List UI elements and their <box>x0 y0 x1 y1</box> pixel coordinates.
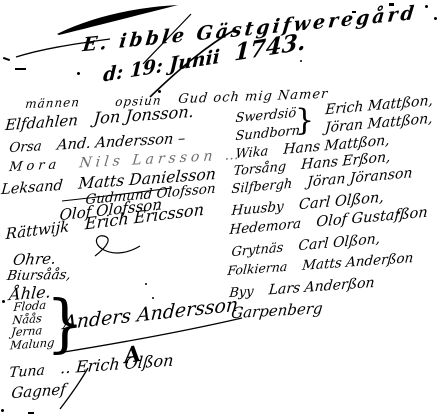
ink-speck <box>425 5 428 8</box>
column-header-left: männen <box>25 95 81 111</box>
ink-speck <box>398 212 400 214</box>
ink-speck <box>1 409 4 412</box>
delegate-name: Matts Anderßon <box>302 250 414 274</box>
rattwijk-loop <box>95 236 140 256</box>
place-name: Mora <box>8 157 61 175</box>
place-name: Folkierna <box>227 259 288 278</box>
ink-speck <box>389 3 394 6</box>
place-name: Ohre. <box>12 249 57 269</box>
place-name: Orsa <box>8 138 42 156</box>
place-name: Elfdahlen <box>4 111 78 134</box>
place-name: Wika <box>235 144 269 162</box>
ink-speck <box>352 11 356 13</box>
place-name: Byy <box>229 284 255 301</box>
delegate-name: Anders Andersson <box>62 294 238 335</box>
ink-speck <box>152 297 154 299</box>
delegate-name: Carl Olßon, <box>298 231 381 254</box>
place-name: Rättwijk <box>5 217 69 243</box>
ink-speck <box>3 57 10 61</box>
ink-speck <box>15 68 26 70</box>
place-name: Huusby <box>231 198 284 219</box>
entry-garpenberg: Garpenberg <box>230 301 334 321</box>
entry-tuna: Tuna ‥ Erich Olßon <box>9 353 175 381</box>
place-name: Hedemora <box>229 216 302 238</box>
ink-speck <box>2 300 5 303</box>
place-name: Swerdsiö <box>235 106 297 126</box>
ink-speck <box>28 412 34 414</box>
place-name: Grytnäs <box>231 240 284 260</box>
delegate-name: Jon Jonsson. <box>93 102 195 128</box>
place-name: Garpenberg <box>230 299 323 322</box>
delegate-name: Lars Anderßon <box>268 275 375 299</box>
manuscript-page: E. ibble Gästgifweregård d: 19: Junii 17… <box>0 0 446 417</box>
entry-ohre: Ohre. <box>12 251 68 268</box>
entry-biursaas: Biursåås, <box>6 269 83 284</box>
entry-gagnef: Gagnef <box>11 381 78 401</box>
place-name: Tuna <box>8 363 45 382</box>
place-name: Biursåås, <box>6 267 72 284</box>
place-name: Silfbergh <box>231 177 293 197</box>
ink-speck <box>145 283 147 285</box>
place-name: Leksand <box>0 178 63 198</box>
ink-speck <box>434 17 437 20</box>
place-name: Torsång <box>233 159 287 179</box>
ink-speck <box>300 60 302 62</box>
place-name: Gagnef <box>11 380 67 402</box>
ink-speck <box>158 90 161 93</box>
ink-speck <box>77 72 80 75</box>
entry-byy: Byy Lars Anderßon <box>229 276 375 300</box>
